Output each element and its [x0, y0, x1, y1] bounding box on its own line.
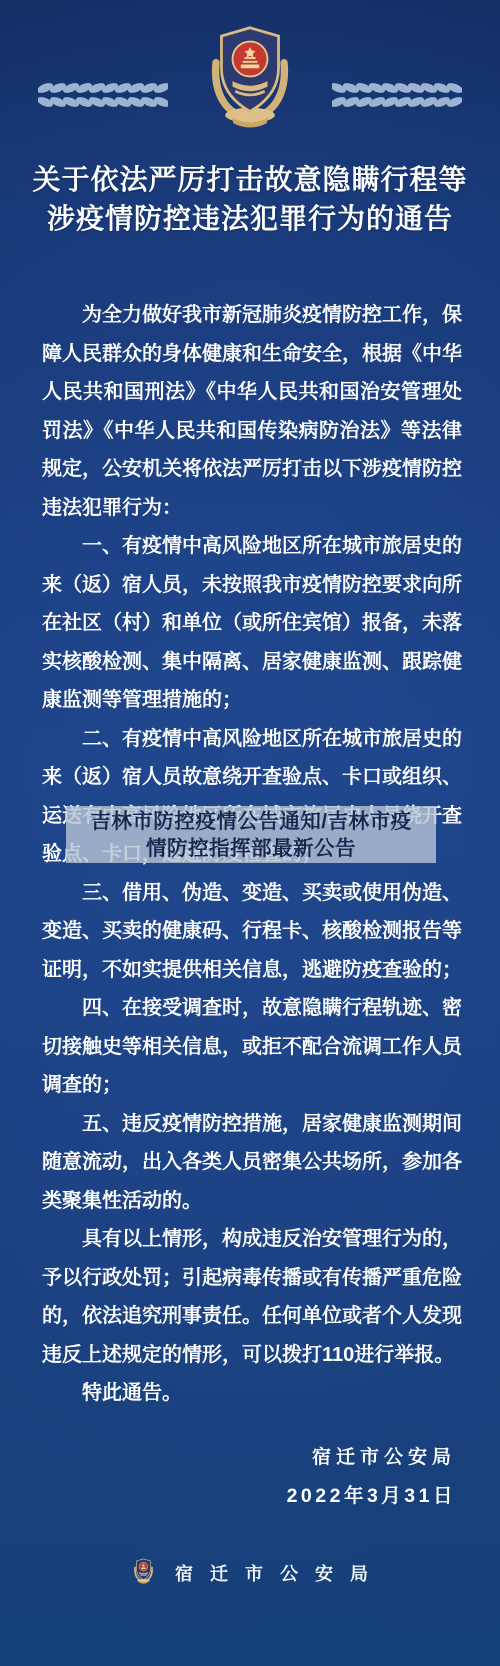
notice-paragraph: 四、在接受调查时，故意隐瞒行程轨迹、密切接触史等相关信息，或拒不配合流调工作人员… [42, 989, 462, 1105]
laurel-chevrons-left-icon [38, 77, 168, 118]
notice-paragraph: 一、有疫情中高风险地区所在城市旅居史的来（返）宿人员，未按照我市疫情防控要求向所… [42, 527, 462, 720]
notice-paragraph: 三、借用、伪造、变造、买卖或使用伪造、变造、买卖的健康码、行程卡、核酸检测报告等… [42, 874, 462, 990]
notice-title: 关于依法严厉打击故意隐瞒行程等 涉疫情防控违法犯罪行为的通告 [0, 160, 500, 238]
caption-overlay-band: 吉林市防控疫情公告通知/吉林市疫 情防控指挥部最新公告 [66, 806, 436, 863]
notice-title-line1: 关于依法严厉打击故意隐瞒行程等 [0, 160, 500, 199]
notice-paragraph: 为全力做好我市新冠肺炎疫情防控工作，保障人民群众的身体健康和生命安全，根据《中华… [42, 296, 462, 527]
footer-police-badge-icon [132, 1558, 155, 1589]
notice-title-line2: 涉疫情防控违法犯罪行为的通告 [0, 199, 500, 238]
notice-paragraph: 具有以上情形，构成违反治安管理行为的，予以行政处罚；引起病毒传播或有传播严重危险… [42, 1220, 462, 1374]
footer-agency-name: 宿迁市公安局 [175, 1560, 385, 1586]
notice-paragraph: 五、违反疫情防控措施，居家健康监测期间随意流动，出入各类人员密集公共场所，参加各… [42, 1105, 462, 1221]
notice-poster: 关于依法严厉打击故意隐瞒行程等 涉疫情防控违法犯罪行为的通告 为全力做好我市新冠… [0, 0, 500, 1666]
issue-date: 2022年3月31日 [287, 1480, 456, 1508]
caption-overlay-line2: 情防控指挥部最新公告 [146, 835, 356, 862]
footer: 宿迁市公安局 [0, 1556, 500, 1590]
police-badge-icon [204, 24, 296, 134]
notice-paragraph: 特此通告。 [42, 1374, 462, 1413]
caption-overlay-line1: 吉林市防控疫情公告通知/吉林市疫 [90, 808, 411, 835]
laurel-chevrons-right-icon [332, 77, 462, 118]
issuer-name: 宿迁市公安局 [312, 1442, 456, 1469]
